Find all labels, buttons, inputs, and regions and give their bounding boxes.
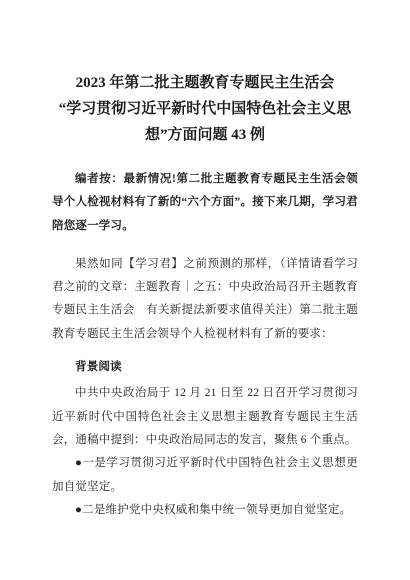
background-reading-heading: 背景阅读 (52, 356, 358, 379)
document-title-line-3: 想”方面问题 43 例 (52, 122, 358, 148)
bullet-point-1: ●一是学习贯彻习近平新时代中国特色社会主义思想更加自觉坚定。 (52, 452, 358, 499)
document-title: 2023 年第二批主题教育专题民主生活会 “学习贯彻习近平新时代中国特色社会主义… (52, 70, 358, 148)
intro-paragraph: 果然如同【学习君】之前预测的那样，（详情请看学习君之前的文章：主题教育｜之五：中… (52, 253, 358, 346)
document-page: 2023 年第二批主题教育专题民主生活会 “学习贯彻习近平新时代中国特色社会主义… (0, 0, 410, 580)
document-title-line-1: 2023 年第二批主题教育专题民主生活会 (52, 70, 358, 96)
document-title-line-2: “学习贯彻习近平新时代中国特色社会主义思 (52, 96, 358, 122)
bullet-point-2: ●二是维护党中央权威和集中统一领导更加自觉坚定。 (52, 499, 358, 522)
background-paragraph: 中共中央政治局于 12 月 21 日至 22 日召开学习贯彻习近平新时代中国特色… (52, 382, 358, 452)
editor-note-paragraph: 编者按：最新情况!第二批主题教育专题民主生活会领导个人检视材料有了新的“六个方面… (52, 168, 358, 238)
